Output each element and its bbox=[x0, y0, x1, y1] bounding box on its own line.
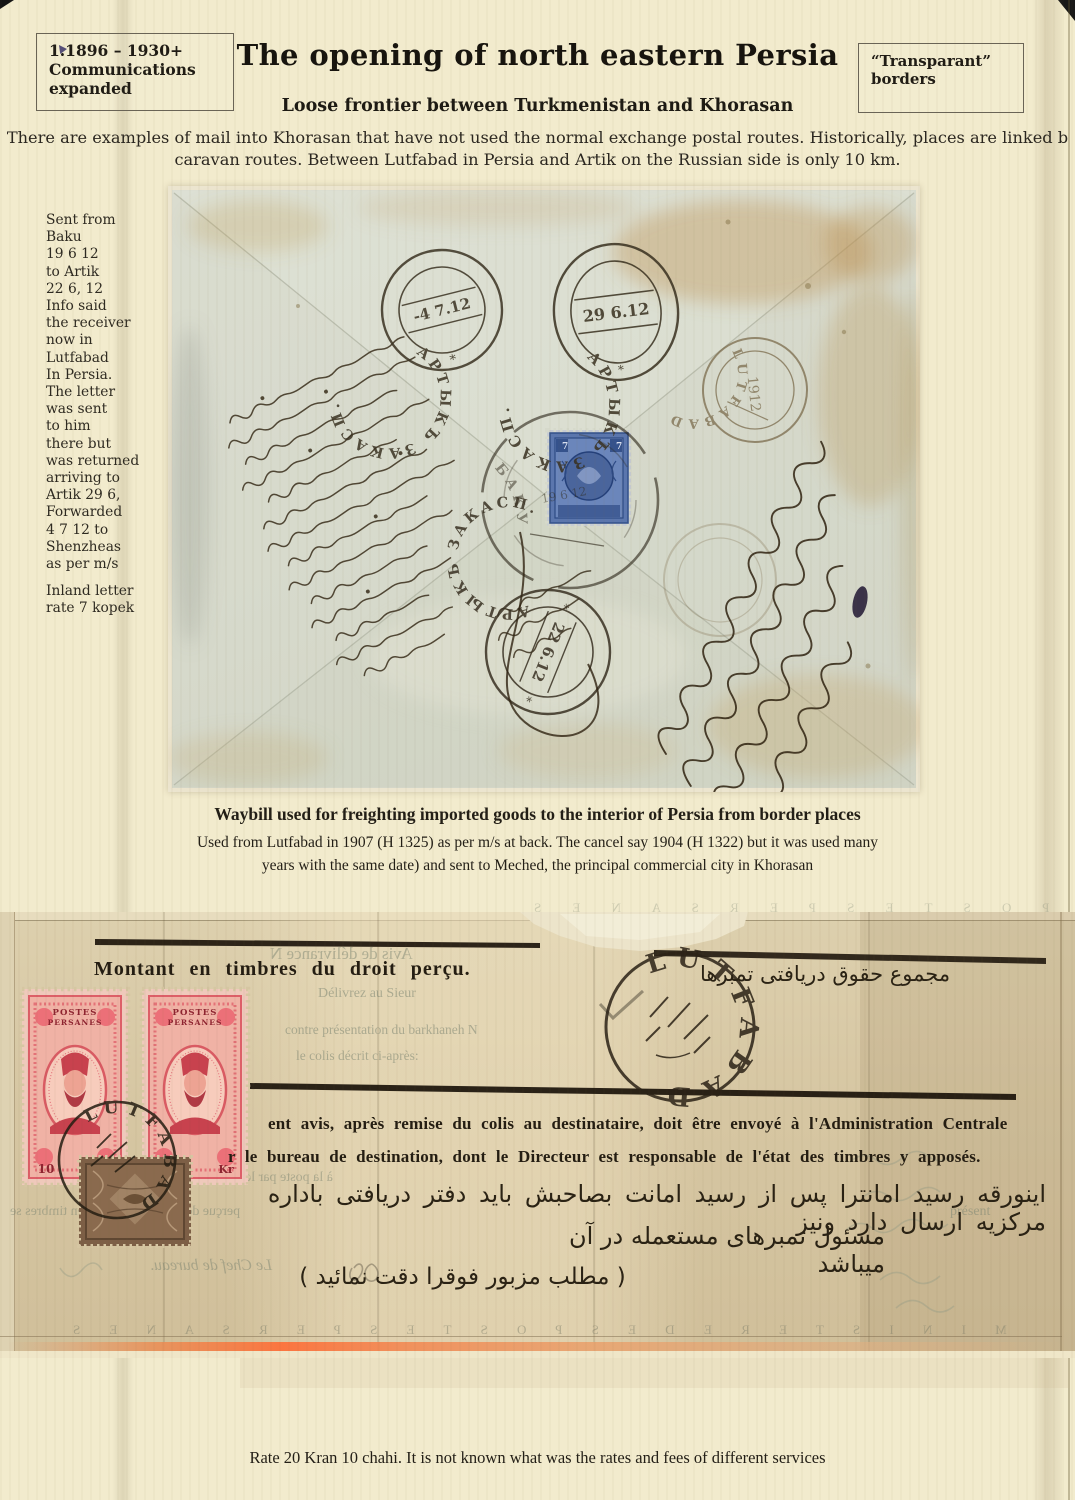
stamp-label: PERSANES bbox=[48, 1018, 103, 1027]
bottom-note: Rate 20 Kran 10 chahi. It is not known w… bbox=[0, 1448, 1075, 1468]
envelope-artwork: 7 7 АРТЫКЪ ЗАКАСП. -4 7.12 * bbox=[168, 186, 920, 792]
sidebar-note: Sent from Baku 19 6 12 to Artik 22 6, 12… bbox=[46, 212, 176, 573]
sidebar-rate-note: Inland letter rate 7 kopek bbox=[46, 583, 176, 617]
waybill-document: M I N I S T E R E D E S P O S T E S P E … bbox=[0, 912, 1075, 1358]
intro-line1: There are examples of mail into Khorasan… bbox=[0, 128, 1075, 147]
envelope-photo: 7 7 АРТЫКЪ ЗАКАСП. -4 7.12 * bbox=[168, 186, 920, 792]
blue-stamp: 7 7 bbox=[547, 430, 631, 526]
waybill-caption-title: Waybill used for freighting imported goo… bbox=[0, 804, 1075, 825]
rule-top-left bbox=[95, 939, 540, 948]
intro-line2: caravan routes. Between Lutfabad in Pers… bbox=[0, 150, 1075, 169]
exhibit-page: 1.1896 – 1930+ Communications expanded T… bbox=[0, 0, 1075, 1500]
waybill-heading-fa: مجموع حقوق دریافتی تمبرها bbox=[700, 962, 1035, 986]
waybill-caption-line2: years with the same date) and sent to Me… bbox=[0, 857, 1075, 875]
borders-box: “Transparant” borders bbox=[858, 43, 1024, 113]
waybill-fr-line1: ent avis, après remise du colis au desti… bbox=[268, 1114, 1007, 1134]
waybill-heading-fr: Montant en timbres du droit perçu. bbox=[94, 958, 471, 981]
glue-line bbox=[8, 1342, 1062, 1351]
borders-box-line1: “Transparant” bbox=[871, 52, 1011, 70]
svg-text:7: 7 bbox=[616, 442, 622, 452]
corner-mark-top-left bbox=[0, 0, 14, 9]
svg-text:7: 7 bbox=[562, 442, 568, 452]
sleeve-tail bbox=[240, 1358, 1070, 1388]
borders-box-line2: borders bbox=[871, 70, 1011, 88]
waybill-fa-line3: ( مطلب مزبور فوقرا دقت نمائید ) bbox=[295, 1264, 630, 1290]
stamp-label: POSTES bbox=[53, 1008, 98, 1018]
sleeve-edge bbox=[0, 1351, 1075, 1358]
stamp-value: 10 bbox=[38, 1162, 55, 1176]
waybill-fr-line2: r le bureau de destination, dont le Dire… bbox=[228, 1147, 981, 1167]
waybill-caption-line1: Used from Lutfabad in 1907 (H 1325) as p… bbox=[0, 834, 1075, 852]
